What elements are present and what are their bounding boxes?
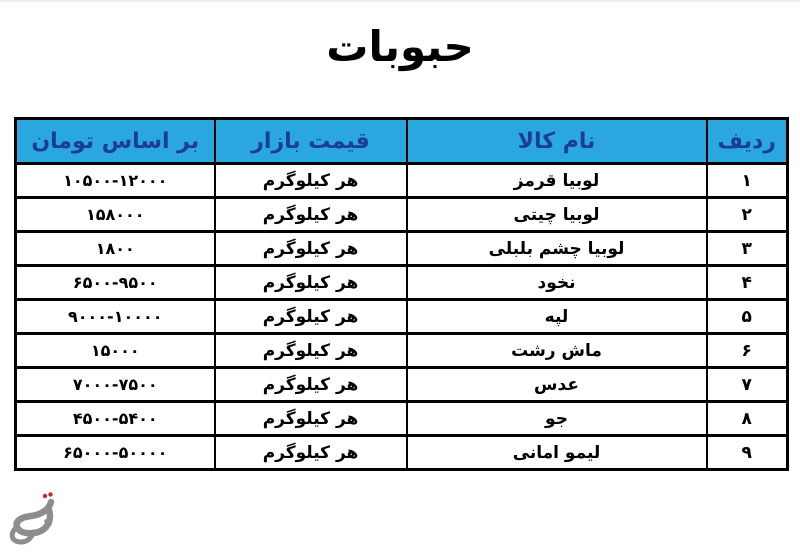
header-row: ردیف نام کالا قیمت بازار بر اساس تومان (16, 119, 788, 164)
row-number-cell: ۲ (707, 198, 788, 232)
price-cell: ۴۵۰۰-۵۴۰۰ (16, 402, 215, 436)
prices-table-container: ردیف نام کالا قیمت بازار بر اساس تومان ۱… (14, 117, 789, 471)
row-number-cell: ۸ (707, 402, 788, 436)
table-row: ۸ جو هر کیلوگرم ۴۵۰۰-۵۴۰۰ (16, 402, 788, 436)
tasnim-watermark-icon (5, 487, 67, 551)
row-number-cell: ۱ (707, 164, 788, 198)
price-cell: ۱۵۸۰۰۰ (16, 198, 215, 232)
row-number-cell: ۹ (707, 436, 788, 470)
row-number-cell: ۵ (707, 300, 788, 334)
unit-cell: هر کیلوگرم (215, 334, 407, 368)
page-title: حبوبات (0, 22, 800, 71)
table-row: ۱ لوبیا قرمز هر کیلوگرم ۱۰۵۰۰-۱۲۰۰۰ (16, 164, 788, 198)
unit-cell: هر کیلوگرم (215, 232, 407, 266)
unit-cell: هر کیلوگرم (215, 300, 407, 334)
product-name-cell: لوبیا چیتی (407, 198, 707, 232)
table-row: ۴ نخود هر کیلوگرم ۶۵۰۰-۹۵۰۰ (16, 266, 788, 300)
row-number-cell: ۴ (707, 266, 788, 300)
row-number-cell: ۷ (707, 368, 788, 402)
price-cell: ۱۵۰۰۰ (16, 334, 215, 368)
price-cell: ۶۵۰۰-۹۵۰۰ (16, 266, 215, 300)
unit-cell: هر کیلوگرم (215, 198, 407, 232)
price-cell: ۱۸۰۰ (16, 232, 215, 266)
table-row: ۵ لپه هر کیلوگرم ۹۰۰۰-۱۰۰۰۰ (16, 300, 788, 334)
product-name-cell: ماش رشت (407, 334, 707, 368)
table-row: ۳ لوبیا چشم بلبلی هر کیلوگرم ۱۸۰۰ (16, 232, 788, 266)
unit-cell: هر کیلوگرم (215, 402, 407, 436)
unit-cell: هر کیلوگرم (215, 436, 407, 470)
product-name-cell: عدس (407, 368, 707, 402)
col-header-toman-basis: بر اساس تومان (16, 119, 215, 164)
row-number-cell: ۶ (707, 334, 788, 368)
row-number-cell: ۳ (707, 232, 788, 266)
price-cell: ۹۰۰۰-۱۰۰۰۰ (16, 300, 215, 334)
table-row: ۶ ماش رشت هر کیلوگرم ۱۵۰۰۰ (16, 334, 788, 368)
price-cell: ۷۰۰۰-۷۵۰۰ (16, 368, 215, 402)
legumes-price-table: ردیف نام کالا قیمت بازار بر اساس تومان ۱… (14, 117, 789, 471)
price-cell: ۱۰۵۰۰-۱۲۰۰۰ (16, 164, 215, 198)
product-name-cell: لوبیا چشم بلبلی (407, 232, 707, 266)
table-row: ۹ لیمو امانی هر کیلوگرم ۶۵۰۰۰-۵۰۰۰۰ (16, 436, 788, 470)
product-name-cell: لیمو امانی (407, 436, 707, 470)
col-header-market-price: قیمت بازار (215, 119, 407, 164)
col-header-index: ردیف (707, 119, 788, 164)
col-header-product-name: نام کالا (407, 119, 707, 164)
unit-cell: هر کیلوگرم (215, 368, 407, 402)
table-row: ۷ عدس هر کیلوگرم ۷۰۰۰-۷۵۰۰ (16, 368, 788, 402)
product-name-cell: نخود (407, 266, 707, 300)
price-cell: ۶۵۰۰۰-۵۰۰۰۰ (16, 436, 215, 470)
unit-cell: هر کیلوگرم (215, 164, 407, 198)
top-divider (0, 0, 800, 2)
product-name-cell: لوبیا قرمز (407, 164, 707, 198)
product-name-cell: لپه (407, 300, 707, 334)
table-row: ۲ لوبیا چیتی هر کیلوگرم ۱۵۸۰۰۰ (16, 198, 788, 232)
product-name-cell: جو (407, 402, 707, 436)
unit-cell: هر کیلوگرم (215, 266, 407, 300)
